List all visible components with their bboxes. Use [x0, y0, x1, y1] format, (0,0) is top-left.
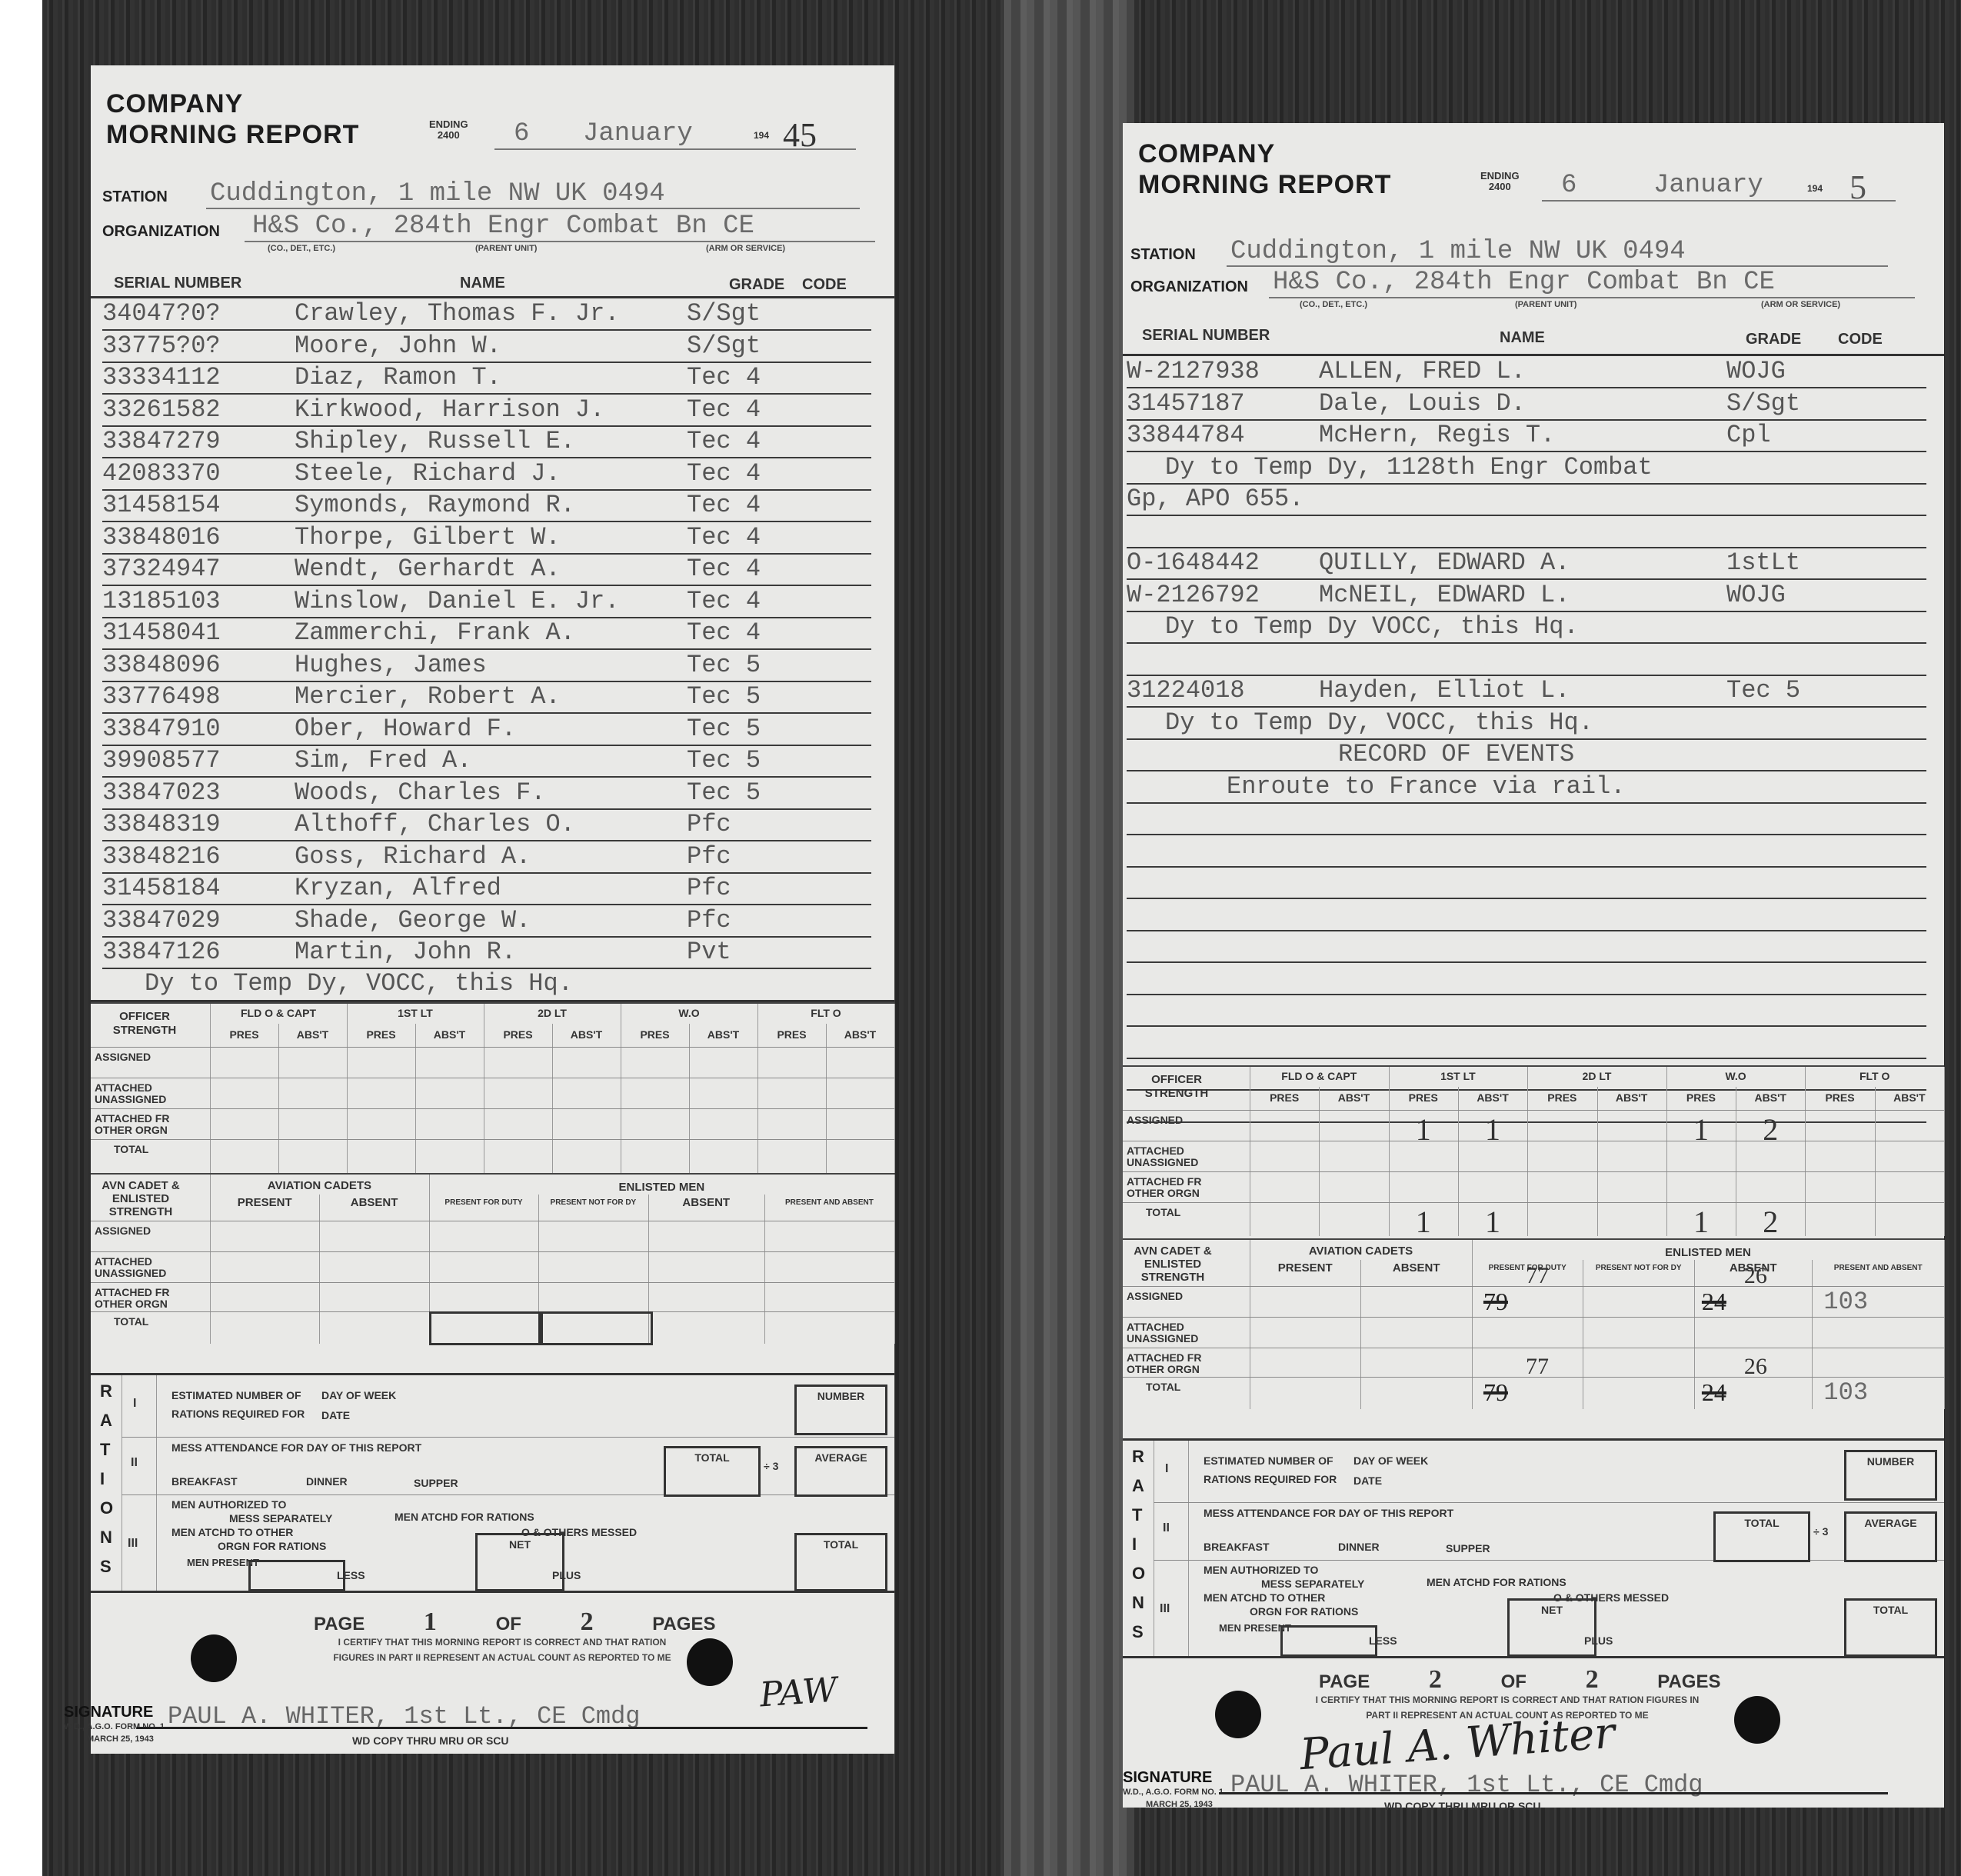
officer-count: 2 [1763, 1111, 1778, 1148]
roster-row: 33847029Shade, George W.Pfc [102, 905, 871, 938]
present-for-duty-corrected: 77 [1526, 1354, 1549, 1380]
officer-group-header: FLD O & CAPT [210, 1007, 347, 1019]
officer-count: 1 [1485, 1204, 1500, 1240]
enlisted-subheader: PRESENT AND ABSENT [764, 1198, 894, 1208]
org-caption-1: (CO., DET., ETC.) [1300, 300, 1367, 309]
soldier-grade: Tec 5 [687, 651, 761, 679]
mess-attendance-label: MESS ATTENDANCE FOR DAY OF THIS REPORT [171, 1441, 421, 1454]
section-i: I [133, 1397, 136, 1411]
enlisted-subheader: PRESENT [210, 1198, 319, 1208]
ending-time: 2400 [1480, 182, 1520, 192]
rations-grid: RATIONSIIIIIIESTIMATED NUMBER OFRATIONS … [1123, 1438, 1944, 1658]
pages-label: PAGES [1657, 1671, 1720, 1692]
morning-report-page-1: COMPANY MORNING REPORT ENDING 2400 6 Jan… [91, 65, 894, 1754]
roster-row: 33847910Ober, Howard F.Tec 5 [102, 713, 871, 746]
net-box: NET [475, 1533, 564, 1591]
note-text: Gp, APO 655. [1127, 485, 1303, 513]
row-label: TOTAL [1127, 1381, 1230, 1393]
grid-divider [484, 1004, 484, 1173]
absent-corrected: 26 [1744, 1354, 1767, 1380]
total-box [538, 1311, 652, 1345]
grid-divider [1694, 1260, 1695, 1409]
soldier-grade: Tec 5 [1726, 676, 1800, 705]
ending-text: ENDING [429, 119, 468, 130]
row-label: ATTACHED FR OTHER ORGN [95, 1113, 179, 1136]
rations-total-box-label: TOTAL [1846, 1604, 1935, 1616]
organization-label: ORGANIZATION [102, 223, 220, 241]
soldier-name: Dale, Louis D. [1319, 389, 1526, 418]
supper-label: SUPPER [414, 1477, 458, 1489]
soldier-grade: Tec 4 [687, 395, 761, 424]
blank-row [1127, 643, 1926, 676]
row-label: TOTAL [1127, 1207, 1230, 1218]
blank-row [1127, 898, 1926, 931]
soldier-grade: WOJG [1726, 357, 1786, 385]
section-ii: II [1163, 1521, 1170, 1535]
station-underline [1227, 265, 1888, 267]
officer-group-header: 2D LT [484, 1007, 621, 1019]
org-caption-1: (CO., DET., ETC.) [268, 244, 335, 253]
officer-count: 1 [1693, 1204, 1709, 1240]
divide-by-3: ÷ 3 [764, 1460, 778, 1472]
soldier-grade: Tec 4 [687, 523, 761, 551]
abst-header: ABS'T [415, 1028, 484, 1041]
soldier-grade: Cpl [1726, 421, 1771, 449]
row-label: ASSIGNED [95, 1051, 179, 1063]
roster-row: 39908577Sim, Fred A.Tec 5 [102, 745, 871, 778]
men-atchd-rations-label: MEN ATCHD FOR RATIONS [395, 1511, 534, 1523]
blank-row [1127, 515, 1926, 548]
grid-divider [621, 1004, 621, 1173]
station-label: STATION [1130, 246, 1196, 264]
station-value: Cuddington, 1 mile NW UK 0494 [1230, 237, 1686, 266]
record-of-events-text: Enroute to France via rail. [1127, 771, 1926, 804]
officer-count: 2 [1763, 1204, 1778, 1240]
grid-divider [1188, 1441, 1189, 1656]
punch-hole-left [191, 1634, 237, 1682]
report-day: 6 [1561, 171, 1576, 200]
ending-text: ENDING [1480, 171, 1520, 182]
dinner-label: DINNER [306, 1475, 348, 1488]
roster-note: Dy to Temp Dy, VOCC, this Hq. [1127, 707, 1926, 740]
row-label: ASSIGNED [95, 1225, 179, 1237]
signature-line [137, 1727, 867, 1729]
enlisted-men-header: ENLISTED MEN [1472, 1246, 1944, 1259]
rations-total-box: TOTAL [794, 1533, 887, 1591]
abst-header: ABS'T [552, 1028, 621, 1041]
estimated-number-label: ESTIMATED NUMBER OF [171, 1389, 301, 1401]
serial-number: 33847126 [102, 938, 221, 966]
ending-time: 2400 [429, 130, 468, 141]
soldier-grade: Tec 5 [687, 746, 761, 775]
mess-separately-label: MESS SEPARATELY [229, 1512, 332, 1524]
men-authorized-label: MEN AUTHORIZED TO [171, 1498, 286, 1511]
roster-row: 33848016Thorpe, Gilbert W.Tec 4 [102, 521, 871, 555]
punch-hole-left [1215, 1691, 1261, 1738]
soldier-grade: S/Sgt [687, 332, 761, 360]
note-text: Dy to Temp Dy, VOCC, this Hq. [1165, 708, 1593, 737]
station-label: STATION [102, 188, 168, 206]
serial-number: 33848319 [102, 810, 221, 838]
name-header: NAME [1500, 329, 1545, 347]
grid-divider [1666, 1067, 1667, 1236]
grid-line [1154, 1560, 1944, 1561]
soldier-grade: Pfc [687, 874, 731, 902]
serial-number: 33848216 [102, 842, 221, 871]
soldier-name: Althoff, Charles O. [295, 810, 575, 838]
code-header: CODE [802, 276, 847, 294]
roster-row: 31458184Kryzan, AlfredPfc [102, 872, 871, 905]
abst-header: ABS'T [278, 1028, 347, 1041]
number-box: NUMBER [1844, 1450, 1937, 1501]
report-month: January [1653, 171, 1763, 200]
rations-letter: O [100, 1498, 113, 1518]
serial-number: 33847023 [102, 778, 221, 807]
grid-divider [1250, 1240, 1250, 1409]
day-of-week-label: DAY OF WEEK [321, 1389, 396, 1401]
rations-letter: A [1132, 1476, 1144, 1496]
soldier-name: Wendt, Gerhardt A. [295, 555, 561, 583]
grid-divider [894, 1004, 895, 1173]
grid-line [1123, 1110, 1944, 1111]
serial-number: 33334112 [102, 363, 221, 392]
soldier-name: Hayden, Elliot L. [1319, 676, 1570, 705]
grid-line [1123, 1348, 1944, 1348]
blank-row [1127, 994, 1926, 1027]
supper-label: SUPPER [1446, 1542, 1490, 1554]
roster-row: 33848096Hughes, JamesTec 5 [102, 649, 871, 682]
present-for-duty-struck: 79 [1483, 1378, 1508, 1407]
roster-row: 33844784McHern, Regis T.Cpl [1127, 419, 1926, 452]
grid-divider [1360, 1260, 1361, 1409]
serial-number: 42083370 [102, 459, 221, 488]
total-box [429, 1311, 543, 1345]
form-number: W.D., A.G.O. FORM NO. 1 MARCH 25, 1943 [1123, 1786, 1224, 1811]
pages-label: PAGES [652, 1614, 715, 1634]
pres-header: PRES [1389, 1091, 1458, 1104]
roster-row: 33334112Diaz, Ramon T.Tec 4 [102, 362, 871, 395]
present-and-absent-total: 103 [1823, 1288, 1868, 1316]
soldier-name: Martin, John R. [295, 938, 516, 966]
org-caption-2: (PARENT UNIT) [1515, 300, 1576, 309]
serial-number: 33847910 [102, 715, 221, 743]
serial-number: 34047?0? [102, 299, 221, 328]
avn-enlisted-label: AVN CADET & ENLISTED STRENGTH [98, 1179, 183, 1218]
serial-number: 33776498 [102, 682, 221, 711]
officer-count: 1 [1485, 1111, 1500, 1148]
section-ii: II [131, 1456, 138, 1470]
form-number: W.D., A.G.O. FORM NO. 1 MARCH 25, 1943 [64, 1721, 165, 1745]
abst-header: ABS'T [1319, 1091, 1388, 1104]
present-for-duty-corrected: 77 [1526, 1263, 1549, 1289]
serial-number: 33848016 [102, 523, 221, 551]
mess-total-box-label: TOTAL [1716, 1517, 1808, 1529]
serial-number-header: SERIAL NUMBER [1142, 327, 1270, 345]
orgn-for-rations-label: ORGN FOR RATIONS [1250, 1605, 1358, 1618]
soldier-grade: Tec 4 [687, 587, 761, 615]
blank-row [1127, 930, 1926, 963]
organization-label: ORGANIZATION [1130, 278, 1248, 296]
rations-letter: T [100, 1440, 110, 1460]
serial-number: 31457187 [1127, 389, 1245, 418]
grid-divider [764, 1195, 765, 1344]
serial-number: O-1648442 [1127, 548, 1260, 577]
soldier-name: Hughes, James [295, 651, 487, 679]
rations-letter: R [1132, 1447, 1144, 1467]
soldier-grade: Tec 4 [687, 363, 761, 392]
number-box: NUMBER [794, 1385, 887, 1435]
pres-header: PRES [621, 1028, 689, 1041]
mess-total-box: TOTAL [1713, 1511, 1810, 1562]
rations-letter: S [100, 1557, 112, 1577]
aviation-cadets-header: AVIATION CADETS [210, 1179, 429, 1192]
grid-line [91, 1047, 894, 1048]
grid-divider [122, 1375, 122, 1591]
roster-row: 34047?0?Crawley, Thomas F. Jr.S/Sgt [102, 298, 871, 331]
grid-line [1123, 1317, 1944, 1318]
organization-value: H&S Co., 284th Engr Combat Bn CE [252, 212, 754, 241]
serial-number: 31458184 [102, 874, 221, 902]
soldier-grade: Tec 5 [687, 715, 761, 743]
average-box-label: AVERAGE [1846, 1517, 1935, 1529]
roster-row: W-2127938ALLEN, FRED L.WOJG [1127, 355, 1926, 388]
grid-line [91, 1221, 894, 1221]
serial-number: 33847279 [102, 427, 221, 455]
officer-count: 1 [1693, 1111, 1709, 1148]
officer-group-header: FLT O [757, 1007, 894, 1019]
enlisted-subheader: ABSENT [1360, 1263, 1471, 1273]
grid-divider [1583, 1260, 1583, 1409]
breakfast-label: BREAKFAST [1204, 1541, 1270, 1553]
soldier-name: Shade, George W. [295, 906, 531, 935]
rations-letter: T [1132, 1505, 1142, 1525]
officer-group-header: W.O [621, 1007, 757, 1019]
station-underline [206, 208, 860, 209]
abst-header: ABS'T [1736, 1091, 1805, 1104]
soldier-name: Moore, John W. [295, 332, 501, 360]
section-i: I [1165, 1462, 1168, 1476]
organization-value: H&S Co., 284th Engr Combat Bn CE [1273, 268, 1775, 297]
avn-enlisted-label: AVN CADET & ENLISTED STRENGTH [1130, 1245, 1215, 1284]
soldier-grade: Pfc [687, 906, 731, 935]
soldier-name: Steele, Richard J. [295, 459, 561, 488]
officer-group-header: W.O [1666, 1070, 1806, 1082]
section-iii: III [1160, 1602, 1170, 1616]
blank-row [1127, 866, 1926, 899]
officer-group-header: 1ST LT [1389, 1070, 1528, 1082]
soldier-grade: Pfc [687, 810, 731, 838]
grid-line [122, 1494, 894, 1495]
breakfast-label: BREAKFAST [171, 1475, 238, 1488]
grid-divider [1472, 1240, 1473, 1409]
present-for-duty-struck: 79 [1483, 1288, 1508, 1316]
soldier-grade: Pvt [687, 938, 731, 966]
average-box: AVERAGE [1844, 1511, 1937, 1562]
enlisted-grid: AVN CADET & ENLISTED STRENGTHAVIATION CA… [91, 1173, 894, 1344]
form-date: MARCH 25, 1943 [1123, 1798, 1224, 1811]
roster-row: 33848216Goss, Richard A.Pfc [102, 841, 871, 874]
roster-note: Gp, APO 655. [1127, 483, 1926, 516]
soldier-name: Woods, Charles F. [295, 778, 545, 807]
roster-row: 31457187Dale, Louis D.S/Sgt [1127, 388, 1926, 421]
soldier-grade: Tec 5 [687, 682, 761, 711]
enlisted-subheader: PRESENT FOR DUTY [429, 1198, 538, 1208]
rations-letter: A [100, 1411, 112, 1431]
rations-letter: O [1132, 1564, 1145, 1584]
pres-header: PRES [484, 1028, 552, 1041]
soldier-name: Winslow, Daniel E. Jr. [295, 587, 619, 615]
rations-letter: S [1132, 1622, 1144, 1642]
grid-divider [757, 1004, 758, 1173]
grid-divider [210, 1004, 211, 1173]
organization-underline [245, 241, 875, 242]
page-number-line: PAGE 1 OF 2 PAGES [314, 1608, 716, 1637]
absent-struck: 24 [1702, 1288, 1726, 1316]
pres-header: PRES [210, 1028, 278, 1041]
grid-divider [1250, 1067, 1250, 1236]
roster-row: 33775?0?Moore, John W.S/Sgt [102, 330, 871, 363]
signature-line [1219, 1792, 1888, 1794]
note-text: Enroute to France via rail. [1227, 772, 1625, 801]
aviation-cadets-header: AVIATION CADETS [1250, 1245, 1472, 1258]
soldier-name: Kirkwood, Harrison J. [295, 395, 604, 424]
rations-total-box: TOTAL [1844, 1598, 1937, 1657]
abst-header: ABS'T [1597, 1091, 1666, 1104]
date-underline [494, 148, 856, 150]
record-of-events-title: RECORD OF EVENTS [1127, 738, 1926, 771]
title-line-2: MORNING REPORT [106, 119, 359, 150]
duty-note: Dy to Temp Dy, VOCC, this Hq. [145, 969, 573, 998]
grid-divider [156, 1375, 157, 1591]
pres-header: PRES [1527, 1091, 1596, 1104]
serial-number: 31224018 [1127, 676, 1245, 705]
grid-line [122, 1437, 894, 1438]
page-number: 1 [424, 1608, 437, 1636]
signature-label: SIGNATURE [1123, 1769, 1212, 1787]
rations-total-box-label: TOTAL [797, 1538, 885, 1551]
serial-number: 31458154 [102, 491, 221, 519]
grid-divider [894, 1175, 895, 1344]
serial-number: 33848096 [102, 651, 221, 679]
row-label: ATTACHED FR OTHER ORGN [1127, 1176, 1211, 1199]
of-label: OF [1501, 1671, 1527, 1692]
soldier-name: Shipley, Russell E. [295, 427, 575, 455]
soldier-grade: Tec 4 [687, 459, 761, 488]
abst-header: ABS'T [1458, 1091, 1527, 1104]
title-line-1: COMPANY [106, 88, 359, 119]
row-label: ATTACHED UNASSIGNED [1127, 1321, 1211, 1345]
blank-row [1127, 835, 1926, 868]
enlisted-grid: AVN CADET & ENLISTED STRENGTHAVIATION CA… [1123, 1238, 1944, 1409]
soldier-grade: Pfc [687, 842, 731, 871]
row-label: ATTACHED UNASSIGNED [95, 1256, 179, 1279]
soldier-name: McHern, Regis T. [1319, 421, 1555, 449]
date-underline [1542, 200, 1896, 202]
grid-line [1123, 1141, 1944, 1141]
rations-letter: R [100, 1381, 112, 1401]
officer-group-header: FLD O & CAPT [1250, 1070, 1389, 1082]
row-label: ASSIGNED [1127, 1291, 1211, 1302]
punch-hole-right [687, 1638, 733, 1686]
report-day: 6 [514, 119, 529, 148]
rations-grid: RATIONSIIIIIIESTIMATED NUMBER OFRATIONS … [91, 1373, 894, 1593]
grid-divider [210, 1175, 211, 1344]
roster-row: 31224018Hayden, Elliot L.Tec 5 [1127, 675, 1926, 708]
roster-row: 37324947Wendt, Gerhardt A.Tec 4 [102, 553, 871, 586]
grid-line [1154, 1502, 1944, 1503]
serial-number: 37324947 [102, 555, 221, 583]
wd-copy-note: WD COPY THRU MRU OR SCU [1384, 1800, 1541, 1812]
soldier-name: Diaz, Ramon T. [295, 363, 501, 392]
page-label: PAGE [1319, 1671, 1370, 1692]
enlisted-subheader: ABSENT [648, 1198, 764, 1208]
men-atchd-other-label: MEN ATCHD TO OTHER [171, 1526, 293, 1538]
row-label: ATTACHED UNASSIGNED [95, 1082, 179, 1105]
grid-divider [1805, 1067, 1806, 1236]
enlisted-subheader: ABSENT [319, 1198, 428, 1208]
serial-number: 31458041 [102, 618, 221, 647]
serial-number: W-2126792 [1127, 581, 1260, 609]
of-label: OF [496, 1614, 521, 1634]
mess-total-box: TOTAL [664, 1446, 761, 1497]
roster-note: Dy to Temp Dy VOCC, this Hq. [1127, 611, 1926, 644]
form-number-text: W.D., A.G.O. FORM NO. 1 [1123, 1786, 1224, 1798]
grade-header: GRADE [729, 276, 784, 294]
present-and-absent-total: 103 [1823, 1378, 1868, 1407]
soldier-grade: 1stLt [1726, 548, 1800, 577]
serial-number: 33261582 [102, 395, 221, 424]
note-text: Dy to Temp Dy, 1128th Engr Combat [1165, 453, 1653, 481]
section-iii: III [128, 1537, 138, 1551]
signature-label: SIGNATURE [64, 1704, 153, 1721]
enlisted-men-header: ENLISTED MEN [429, 1181, 894, 1194]
net-box-label: NET [1510, 1604, 1594, 1616]
serial-number: 13185103 [102, 587, 221, 615]
enlisted-subheader: PRESENT NOT FOR DY [1583, 1263, 1693, 1273]
form-title: COMPANY MORNING REPORT [1138, 138, 1391, 200]
org-caption-2: (PARENT UNIT) [475, 244, 537, 253]
grid-divider [1527, 1067, 1528, 1236]
row-label: ATTACHED FR OTHER ORGN [1127, 1352, 1211, 1375]
absent-corrected: 26 [1744, 1263, 1767, 1289]
men-atchd-rations-label: MEN ATCHD FOR RATIONS [1427, 1576, 1566, 1588]
abst-header: ABS'T [1875, 1091, 1944, 1104]
date-label: DATE [321, 1409, 350, 1421]
grid-line [91, 1251, 894, 1252]
soldier-name: QUILLY, EDWARD A. [1319, 548, 1570, 577]
soldier-name: Thorpe, Gilbert W. [295, 523, 561, 551]
rations-letter: I [1132, 1534, 1137, 1554]
title-line-1: COMPANY [1138, 138, 1391, 169]
officer-group-header: 1ST LT [347, 1007, 484, 1019]
soldier-name: Symonds, Raymond R. [295, 491, 575, 519]
officer-group-header: FLT O [1805, 1070, 1944, 1082]
men-atchd-other-label: MEN ATCHD TO OTHER [1204, 1591, 1325, 1604]
grade-header: GRADE [1746, 331, 1801, 348]
roster-row: 33847279Shipley, Russell E.Tec 4 [102, 425, 871, 458]
ending-label: ENDING 2400 [429, 119, 468, 141]
average-box: AVERAGE [794, 1446, 887, 1497]
abst-header: ABS'T [826, 1028, 894, 1041]
roster-row: 13185103Winslow, Daniel E. Jr.Tec 4 [102, 585, 871, 618]
rations-letter: I [100, 1469, 105, 1489]
soldier-name: Mercier, Robert A. [295, 682, 561, 711]
enlisted-subheader: PRESENT [1250, 1263, 1360, 1273]
ending-label: ENDING 2400 [1480, 171, 1520, 192]
officer-strength-label: OFFICER STRENGTH [106, 1010, 183, 1038]
serial-number: 39908577 [102, 746, 221, 775]
row-label: ASSIGNED [1127, 1115, 1211, 1126]
